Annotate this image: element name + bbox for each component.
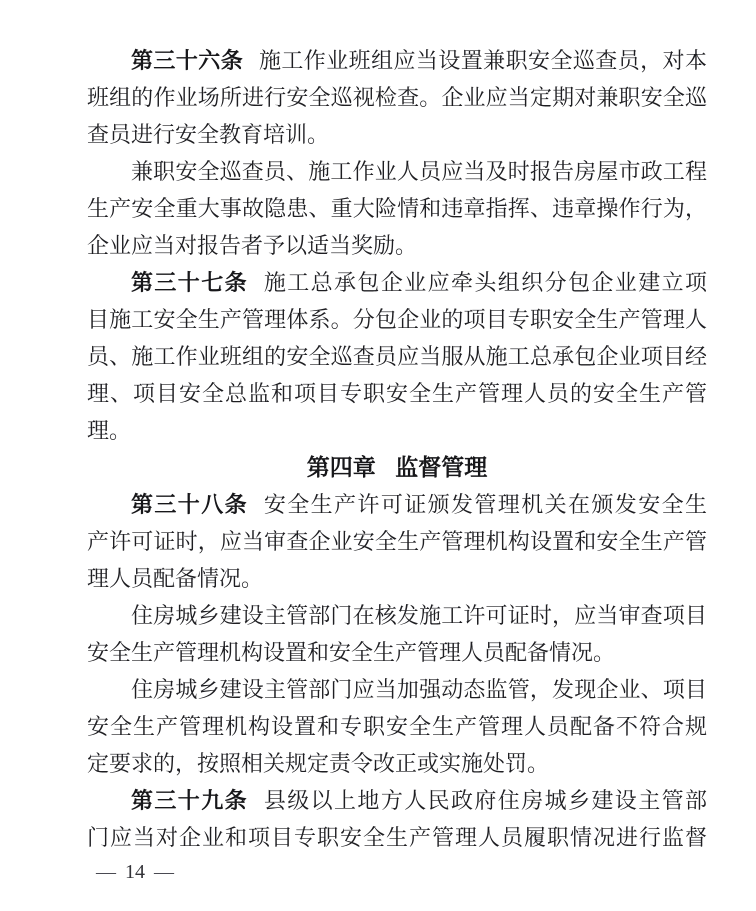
text-line: 安全生产管理机构设置和专职安全生产管理人员配备不符合规 bbox=[87, 708, 707, 745]
paragraph: 第三十七条施工总承包企业应牵头组织分包企业建立项目施工安全生产管理体系。分包企业… bbox=[87, 264, 707, 449]
article-number: 第三十六条 bbox=[131, 48, 243, 73]
article-number: 第三十八条 bbox=[131, 492, 248, 517]
text-line: 住房城乡建设主管部门应当加强动态监管，发现企业、项目 bbox=[87, 671, 707, 708]
text-line: 理人员配备情况。 bbox=[87, 560, 707, 597]
text-line: 目施工安全生产管理体系。分包企业的项目专职安全生产管理人 bbox=[87, 301, 707, 338]
text-line: 企业应当对报告者予以适当奖励。 bbox=[87, 227, 707, 264]
footer-dash-right: — bbox=[154, 861, 174, 883]
article-number: 第三十九条 bbox=[131, 788, 248, 813]
paragraph: 住房城乡建设主管部门应当加强动态监管，发现企业、项目安全生产管理机构设置和专职安… bbox=[87, 671, 707, 782]
section-articles-38-39: 第三十八条安全生产许可证颁发管理机关在颁发安全生产许可证时，应当审查企业安全生产… bbox=[87, 486, 707, 856]
chapter-number: 第四章 bbox=[307, 454, 376, 480]
text-line: 理。 bbox=[87, 412, 707, 449]
footer-dash-left: — bbox=[96, 861, 116, 883]
paragraph: 兼职安全巡查员、施工作业人员应当及时报告房屋市政工程生产安全重大事故隐患、重大险… bbox=[87, 153, 707, 264]
page-number: 14 bbox=[125, 861, 145, 883]
text-line: 住房城乡建设主管部门在核发施工许可证时，应当审查项目 bbox=[87, 597, 707, 634]
document-body: 第三十六条施工作业班组应当设置兼职安全巡查员，对本班组的作业场所进行安全巡视检查… bbox=[87, 42, 707, 856]
section-articles-36-37: 第三十六条施工作业班组应当设置兼职安全巡查员，对本班组的作业场所进行安全巡视检查… bbox=[87, 42, 707, 449]
text-line: 产许可证时，应当审查企业安全生产管理机构设置和安全生产管 bbox=[87, 523, 707, 560]
text-line: 第三十八条安全生产许可证颁发管理机关在颁发安全生 bbox=[87, 486, 707, 523]
text-line: 班组的作业场所进行安全巡视检查。企业应当定期对兼职安全巡 bbox=[87, 79, 707, 116]
text-line: 第三十九条县级以上地方人民政府住房城乡建设主管部 bbox=[87, 782, 707, 819]
paragraph: 第三十九条县级以上地方人民政府住房城乡建设主管部门应当对企业和项目专职安全生产管… bbox=[87, 782, 707, 856]
chapter-title: 监督管理 bbox=[395, 454, 487, 480]
text-line: 第三十七条施工总承包企业应牵头组织分包企业建立项 bbox=[87, 264, 707, 301]
text-line: 查员进行安全教育培训。 bbox=[87, 116, 707, 153]
text-line: 安全生产管理机构设置和安全生产管理人员配备情况。 bbox=[87, 634, 707, 671]
paragraph: 住房城乡建设主管部门在核发施工许可证时，应当审查项目安全生产管理机构设置和安全生… bbox=[87, 597, 707, 671]
text-line: 理、项目安全总监和项目专职安全生产管理人员的安全生产管 bbox=[87, 375, 707, 412]
paragraph: 第三十六条施工作业班组应当设置兼职安全巡查员，对本班组的作业场所进行安全巡视检查… bbox=[87, 42, 707, 153]
text-line: 第三十六条施工作业班组应当设置兼职安全巡查员，对本 bbox=[87, 42, 707, 79]
text-line: 定要求的，按照相关规定责令改正或实施处罚。 bbox=[87, 745, 707, 782]
text-line: 兼职安全巡查员、施工作业人员应当及时报告房屋市政工程 bbox=[87, 153, 707, 190]
text-line: 生产安全重大事故隐患、重大险情和违章指挥、违章操作行为， bbox=[87, 190, 707, 227]
article-number: 第三十七条 bbox=[131, 270, 248, 295]
text-line: 门应当对企业和项目专职安全生产管理人员履职情况进行监督 bbox=[87, 819, 707, 856]
document-page: 第三十六条施工作业班组应当设置兼职安全巡查员，对本班组的作业场所进行安全巡视检查… bbox=[0, 0, 756, 911]
text-line: 员、施工作业班组的安全巡查员应当服从施工总承包企业项目经 bbox=[87, 338, 707, 375]
page-footer: —14— bbox=[96, 855, 174, 889]
chapter-heading: 第四章监督管理 bbox=[87, 449, 707, 486]
paragraph: 第三十八条安全生产许可证颁发管理机关在颁发安全生产许可证时，应当审查企业安全生产… bbox=[87, 486, 707, 597]
